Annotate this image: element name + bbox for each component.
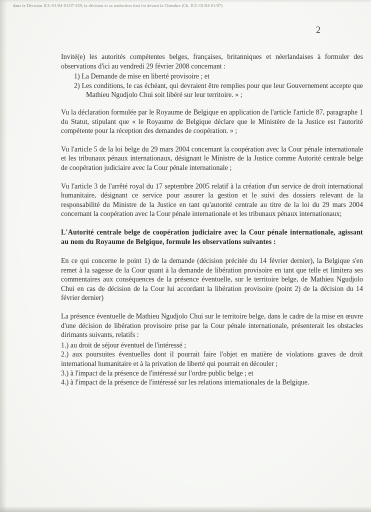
paragraph-vu-article5: Vu l'article 5 de la loi belge du 29 mar… [61, 145, 363, 173]
paragraph-autorite-centrale: L'Autorité centrale belge de coopération… [61, 228, 363, 247]
obstacle-3: 3.) à l'impact de la présence de l'intér… [61, 369, 363, 378]
document-body: Invité(e) les autorités compétentes belg… [61, 53, 363, 388]
registry-stamp-header: dans la Décision ICC-01/04-01/07-259, la… [13, 3, 349, 8]
obstacle-4: 4.) à l'impact de la présence de l'intér… [61, 379, 363, 388]
paragraph-point1: En ce qui concerne le point 1) de la dem… [61, 257, 363, 303]
page-number: 2 [316, 25, 321, 35]
scan-edge-left [0, 0, 7, 512]
paragraph-vu-declaration: Vu la déclaration formulée par le Royaum… [61, 108, 363, 136]
list-item-1: 1) La Demande de mise en liberté proviso… [61, 73, 363, 82]
obstacle-1: 1.) au droit de séjour éventuel de l'int… [61, 341, 363, 350]
paragraph-invitation: Invité(e) les autorités compétentes belg… [61, 53, 363, 72]
scanned-document-page: dans la Décision ICC-01/04-01/07-259, la… [0, 0, 371, 512]
list-item-2: 2) Les conditions, le cas échéant, qui d… [61, 82, 363, 101]
obstacle-2: 2.) aux poursuites éventuelles dont il p… [61, 351, 363, 370]
paragraph-presence: La présence éventuelle de Mathieu Ngudjo… [61, 313, 363, 341]
paragraph-vu-article3: Vu l'article 3 de l'arrêté royal du 17 s… [61, 182, 363, 219]
scan-edge-bottom [0, 506, 371, 512]
